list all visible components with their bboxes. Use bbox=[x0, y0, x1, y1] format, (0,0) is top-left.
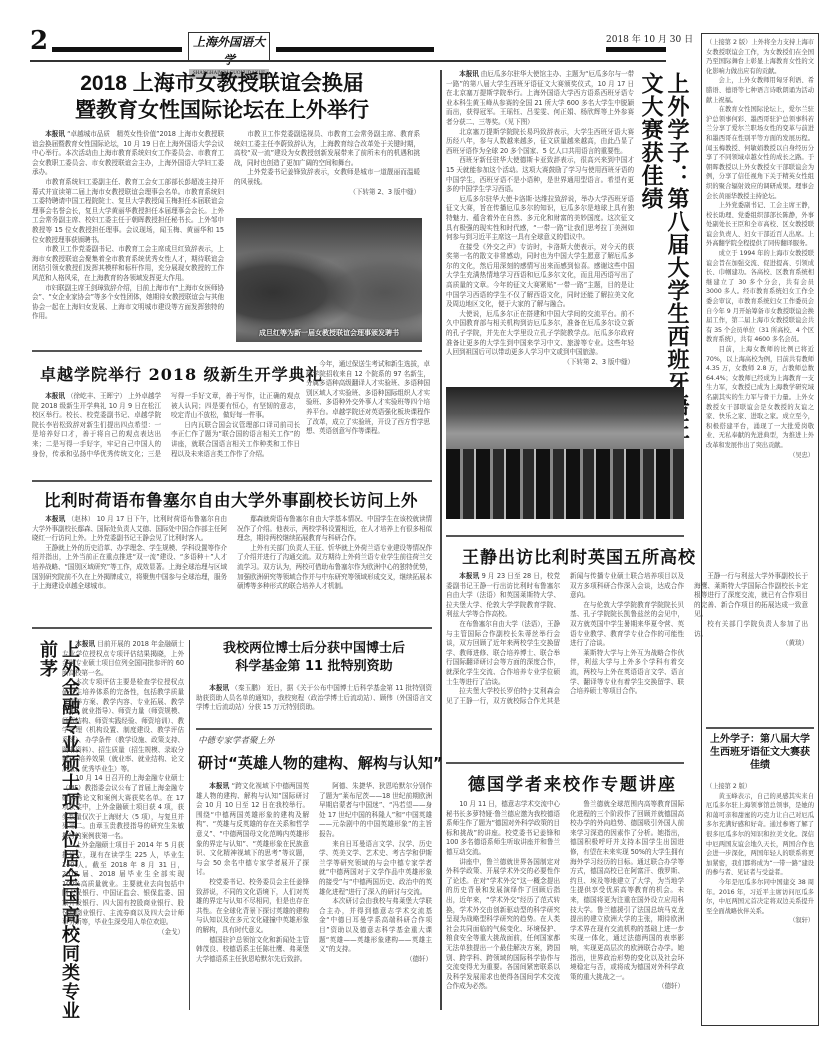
photo-silhouettes bbox=[446, 449, 684, 519]
paper-name: 上海外国语大学 bbox=[189, 33, 269, 69]
article-body-col3: 今年，通过保送生考试和新生选拔，卓越学院招收来自 12 个院系的 97 名新生，… bbox=[306, 360, 430, 437]
divider bbox=[196, 728, 432, 730]
sidebar-body: （上接第 2 版） 黄玉峰表示，自己的灵感其实来自厄瓜多尔驻上海领事馆总领事，是… bbox=[706, 782, 814, 926]
article-body-col2: 市教卫工作党委副巡视员、市教育工会常务副主席、教育系统妇工委主任李蔚致辞认为，上… bbox=[234, 130, 420, 197]
divider bbox=[32, 480, 432, 482]
article-body: 本报讯 （赵林） 10 月 17 日下午，比利时荷语布鲁塞尔自由大学外事副校长鄢… bbox=[32, 515, 432, 615]
divider bbox=[32, 627, 432, 629]
headline: 我校两位博士后分获中国博士后 科学基金第 11 批特别资助 bbox=[196, 640, 432, 676]
issue-date: 2018 年 10 月 30 日 bbox=[606, 32, 693, 45]
divider bbox=[446, 762, 684, 764]
sidebar-headline: 上外学子：第八届大学生西班牙语征文大赛获佳绩 bbox=[706, 733, 814, 772]
continuation-note: （下转第 2、3 版中缝） bbox=[234, 188, 420, 198]
masthead-rule-right bbox=[276, 47, 434, 52]
photo-contest-group bbox=[446, 387, 684, 519]
divider bbox=[446, 535, 684, 537]
divider bbox=[706, 727, 814, 729]
photo-certificate-ceremony: 成旦红等为新一届女教授联谊会理事颁发聘书 bbox=[236, 218, 422, 342]
kicker: 中德专家学者聚上外 bbox=[198, 734, 275, 746]
divider bbox=[32, 350, 422, 352]
article-body: 本报讯 “跨文化视域下中德两国英雄人物的建构、解构与认知”国际研讨会 10 月 … bbox=[196, 782, 432, 1000]
continuation-note: （下转第 2、3 版中缝） bbox=[446, 358, 634, 368]
masthead-rule-left bbox=[52, 47, 182, 52]
headline: 卓越学院举行 2018 级新生开学典礼 bbox=[40, 362, 323, 385]
article-body: 10 月 11 日，德意志学术交流中心秘书长多萝特娅·鲁兰德应邀为我校德语系师生… bbox=[446, 800, 684, 1010]
article-body: 本报讯 目前开展的 2018 年金融硕士专业学位授权点专项评估结果揭晓，上外金融… bbox=[62, 640, 184, 937]
article-body: 本报讯 由厄瓜多尔驻华大使馆主办、主题为“厄瓜多尔与一带一路”的第八届大学生西班… bbox=[446, 70, 634, 367]
page-number: 2 bbox=[30, 28, 48, 54]
sidebar-continued-body: （上接第 2 版）上外将全力支持上海市女教授联谊会工作，为女教授们在全国乃至国际… bbox=[706, 38, 814, 460]
article-body: 本报讯 （徐屹丰、王晖宁） 上外卓越学院 2018 级新生开学典礼 10 月 9… bbox=[32, 392, 300, 490]
column-rule bbox=[189, 640, 190, 1010]
masthead-rule-right2 bbox=[606, 47, 666, 52]
headline: 比利时荷语布鲁塞尔自由大学外事副校长访问上外 bbox=[44, 487, 418, 511]
headline: 2018 上海市女教授联谊会换届 暨教育女性国际论坛在上外举行 bbox=[42, 70, 402, 124]
masthead-underline bbox=[30, 60, 666, 62]
photo-caption: 成旦红等为新一届女教授联谊会理事颁发聘书 bbox=[236, 328, 422, 338]
column-rule bbox=[440, 70, 442, 1010]
article-body: 本报讯 （秦玉鹏） 近日，据《关于公布中国博士后科学基金第 11 批特别资助获资… bbox=[196, 684, 432, 713]
headline: 研讨“英雄人物的建构、解构与认知” bbox=[198, 752, 443, 773]
article-body: 本报讯 9 月 23 日至 28 日，校党委副书记王静一行出访比利时布鲁塞尔自由… bbox=[446, 572, 684, 714]
headline: 德国学者来校作专题讲座 bbox=[468, 770, 677, 795]
masthead-nameplate: 上海外国语大学 SHANGHAIWAI GUOYUDAXUE bbox=[188, 32, 270, 62]
article-body: 本报讯 “卓越城市品质 精英女性价值”2018 上海市女教授联谊会换届暨教育女性… bbox=[32, 130, 224, 322]
headline: 王静出访比利时英国五所高校 bbox=[462, 543, 696, 568]
